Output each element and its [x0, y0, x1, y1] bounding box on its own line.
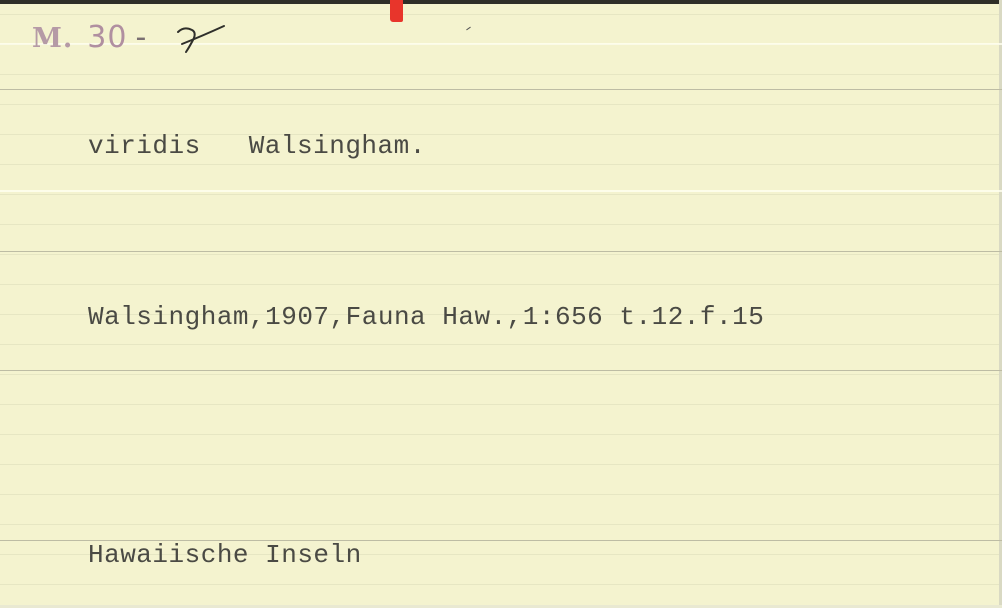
ruled-line: [0, 89, 1002, 90]
ruled-line-faint: [0, 43, 1002, 45]
catalog-separator: -: [135, 20, 147, 55]
species-line: viridisWalsingham.: [88, 131, 426, 161]
species-author: Walsingham.: [249, 131, 426, 161]
catalog-prefix: M.: [32, 23, 73, 54]
species-epithet: viridis: [88, 131, 201, 161]
ruled-line-faint: [0, 190, 1002, 192]
bibliographic-reference: Walsingham,1907,Fauna Haw.,1:656 t.12.f.…: [88, 302, 764, 332]
handwritten-seven: [174, 20, 228, 56]
catalog-stamp: M.30-: [32, 20, 147, 55]
ruled-line: [0, 251, 1002, 252]
card-top-edge: [0, 0, 1002, 4]
red-tab-marker: [390, 0, 403, 22]
locality: Hawaiische Inseln: [88, 540, 362, 570]
ruled-line: [0, 370, 1002, 371]
pencil-mark: [466, 27, 471, 31]
catalog-number: 30: [87, 20, 127, 55]
index-card: M.30- viridisWalsingham. Walsingham,1907…: [0, 0, 1002, 608]
